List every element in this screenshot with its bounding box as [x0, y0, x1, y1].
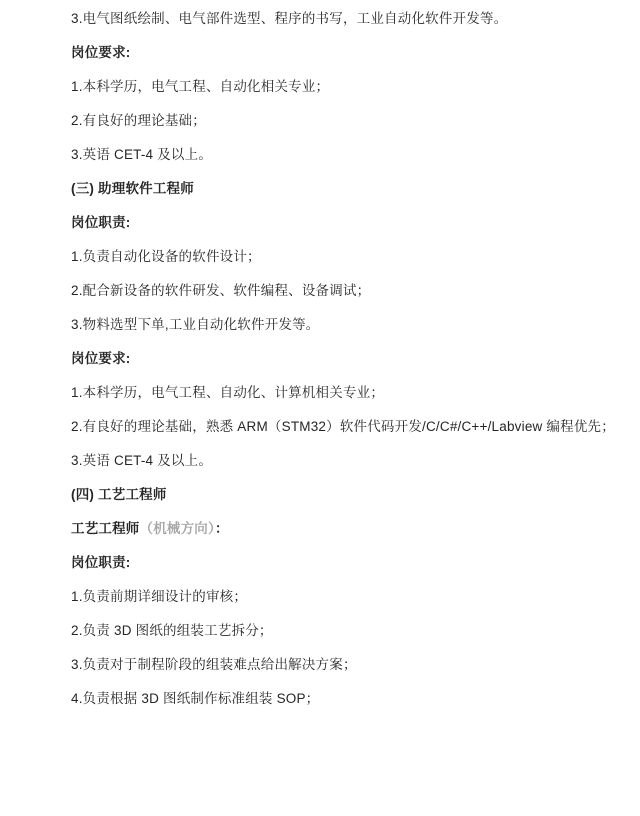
subheading: 岗位要求:	[71, 43, 610, 63]
body-paragraph: 1.负责前期详细设计的审核；	[71, 587, 610, 607]
role-name: 工艺工程师	[71, 521, 140, 536]
subheading: 岗位职责:	[71, 213, 610, 233]
role-direction: （机械方向）	[140, 521, 215, 536]
body-paragraph: 1.本科学历，电气工程、自动化、计算机相关专业；	[71, 383, 610, 403]
body-paragraph: 1.本科学历，电气工程、自动化相关专业；	[71, 77, 610, 97]
subheading: 岗位职责:	[71, 553, 610, 573]
body-paragraph: 1.负责自动化设备的软件设计；	[71, 247, 610, 267]
section-title: (三) 助理软件工程师	[71, 179, 610, 199]
body-paragraph: 3.负责对于制程阶段的组装难点给出解决方案；	[71, 655, 610, 675]
body-paragraph: 4.负责根据 3D 图纸制作标准组装 SOP；	[71, 689, 610, 709]
body-paragraph: 3.电气图纸绘制、电气部件选型、程序的书写，工业自动化软件开发等。	[71, 9, 610, 29]
section-title: (四) 工艺工程师	[71, 485, 610, 505]
body-paragraph: 2.有良好的理论基础；	[71, 111, 610, 131]
role-colon: ：	[215, 521, 229, 536]
body-paragraph: 3.英语 CET-4 及以上。	[71, 451, 610, 471]
body-paragraph: 3.物料选型下单,工业自动化软件开发等。	[71, 315, 610, 335]
subheading: 岗位要求:	[71, 349, 610, 369]
role-subtitle: 工艺工程师（机械方向）：	[71, 519, 610, 539]
body-paragraph: 2.负责 3D 图纸的组装工艺拆分；	[71, 621, 610, 641]
body-paragraph: 2.配合新设备的软件研发、软件编程、设备调试；	[71, 281, 610, 301]
body-paragraph: 2.有良好的理论基础，熟悉 ARM（STM32）软件代码开发/C/C#/C++/…	[71, 417, 610, 437]
body-paragraph: 3.英语 CET-4 及以上。	[71, 145, 610, 165]
document-page: 3.电气图纸绘制、电气部件选型、程序的书写，工业自动化软件开发等。岗位要求:1.…	[0, 0, 640, 816]
